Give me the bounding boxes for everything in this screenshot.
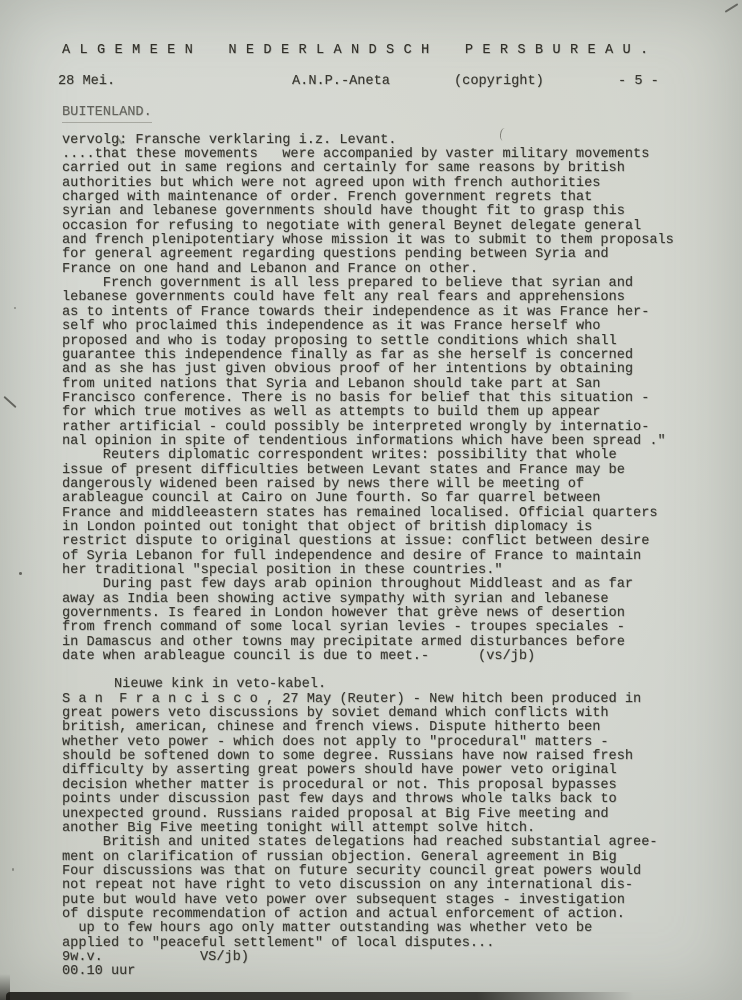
footer-row: 9w.v. VS/jb) xyxy=(62,951,712,965)
article-levant-body: ....that these movements were accompanie… xyxy=(62,148,712,664)
ink-speck xyxy=(14,307,16,309)
ink-speck xyxy=(19,572,22,575)
page-content: A L G E M E E N N E D E R L A N D S C H … xyxy=(62,44,712,980)
bureau-title: A L G E M E E N N E D E R L A N D S C H … xyxy=(62,44,712,58)
pen-mark-left-margin xyxy=(3,396,16,408)
bottom-left-scan-shadow xyxy=(0,974,10,1000)
header-copyright: (copyright) xyxy=(454,75,544,89)
header-date: 28 Mei. xyxy=(58,75,115,89)
bottom-scan-shadow xyxy=(6,992,634,1000)
header-row: 28 Mei. A.N.P.-Aneta (copyright) - 5 - xyxy=(62,75,712,89)
article-veto-heading: Nieuwe kink in veto-kabel. xyxy=(62,678,712,692)
section-heading-buitenland: BUITENLAND. xyxy=(62,106,152,122)
pen-mark-top-right xyxy=(725,3,739,13)
header-page-number: - 5 - xyxy=(618,75,659,89)
ink-speck xyxy=(12,868,14,871)
footer-time: 00.10 uur xyxy=(62,965,712,979)
scanned-press-bulletin-page: A L G E M E E N N E D E R L A N D S C H … xyxy=(0,0,742,1000)
footer-initials: 9w.v. xyxy=(62,951,103,965)
footer-clerk-mark: VS/jb) xyxy=(200,951,249,965)
header-agency: A.N.P.-Aneta xyxy=(292,75,390,89)
article-veto-body: S a n F r a n c i s c o , 27 May (Reuter… xyxy=(62,693,712,951)
article-levant-heading: vervolg: Fransche verklaring i.z. Levant… xyxy=(62,134,712,148)
